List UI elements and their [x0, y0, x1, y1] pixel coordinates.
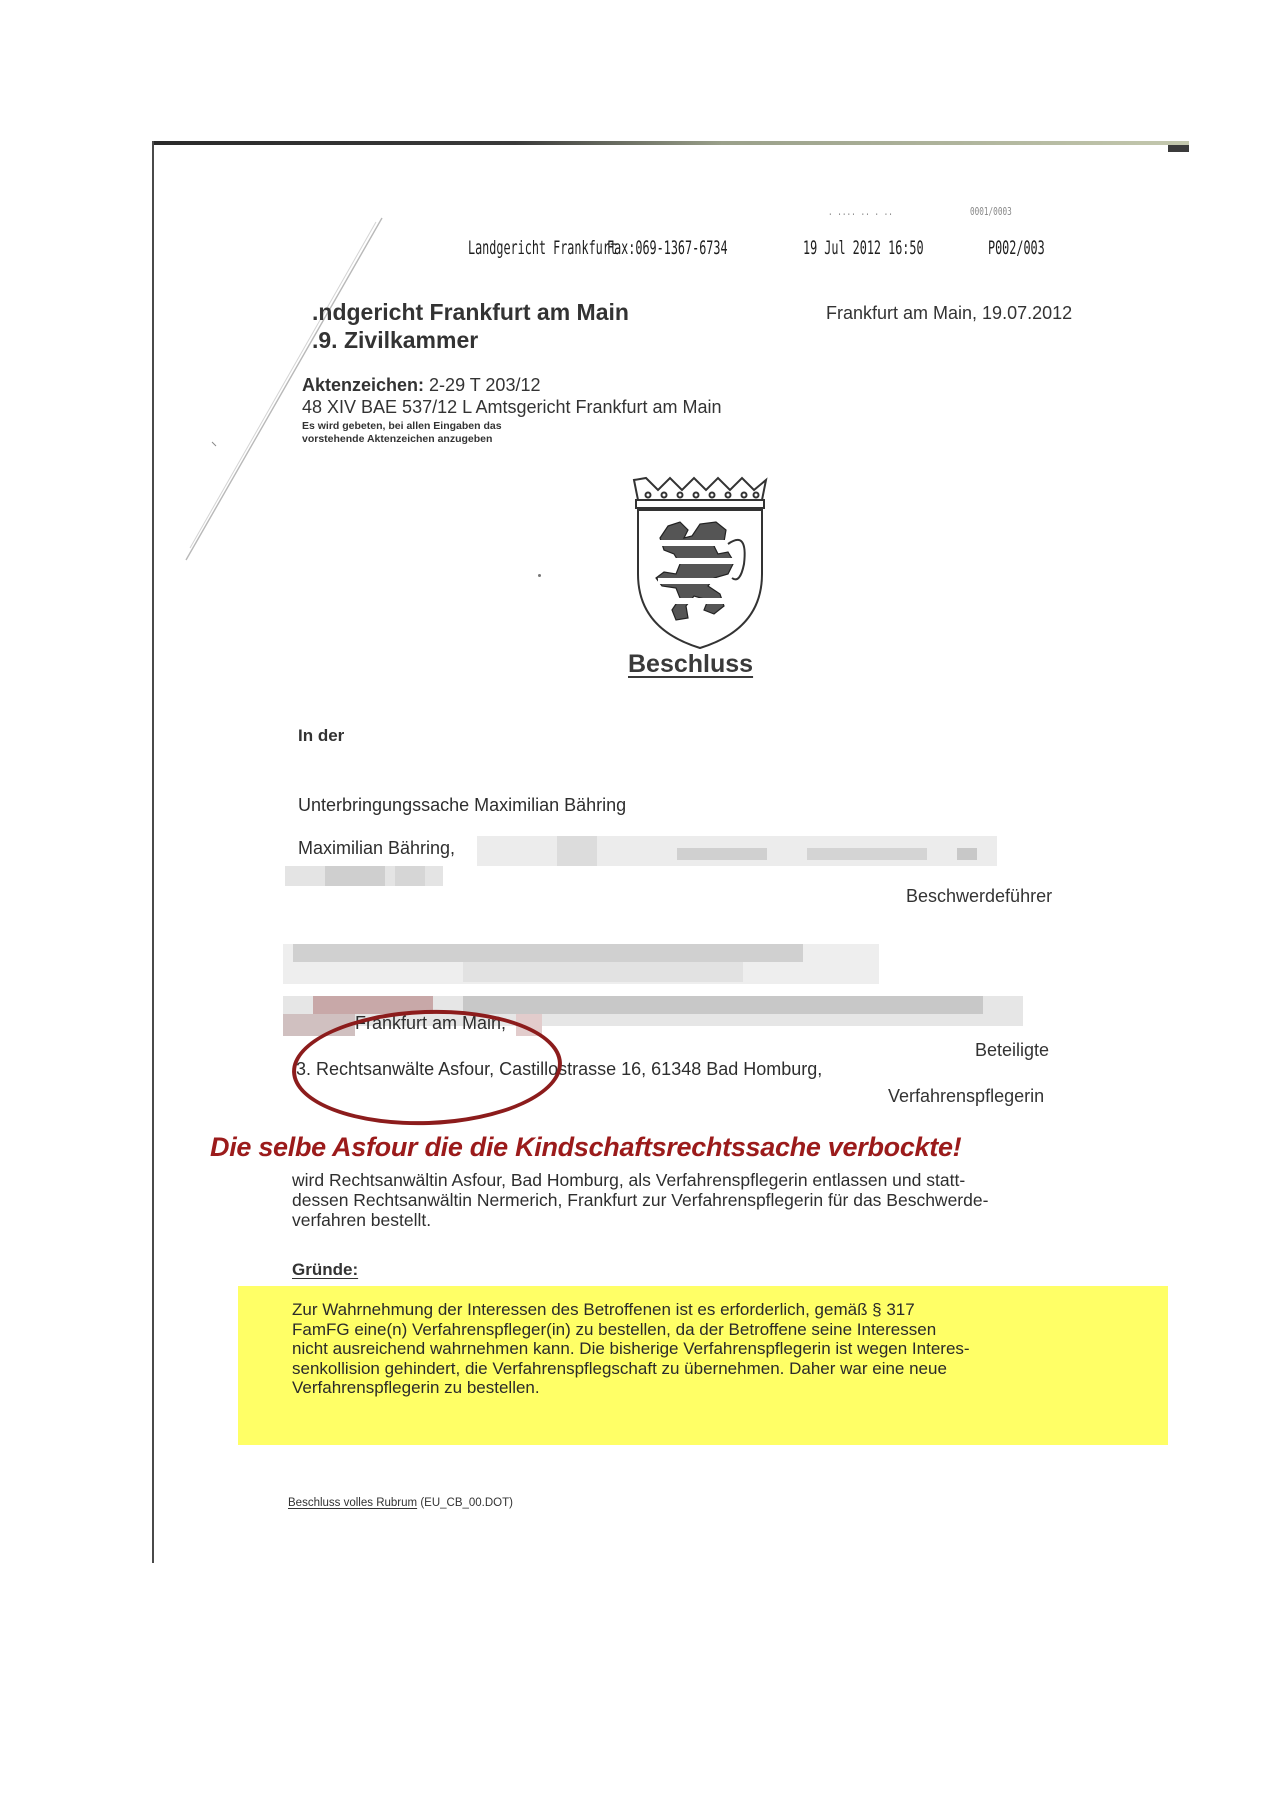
file-number-lower-court: 48 XIV BAE 537/12 L Amtsgericht Frankfur…	[302, 396, 722, 418]
page-corner-mark	[1168, 145, 1189, 152]
redaction-party2-line1	[283, 944, 879, 984]
page-left-border	[152, 141, 154, 1563]
redaction-party1-address	[477, 836, 997, 866]
court-chamber: .9. Zivilkammer	[312, 326, 629, 354]
court-name-line1: .ndgericht Frankfurt am Main	[312, 298, 629, 326]
intro-text: In der	[298, 726, 344, 746]
footer-template-name: Beschluss volles Rubrum	[288, 1497, 417, 1509]
file-number-block: Aktenzeichen: 2-29 T 203/12 48 XIV BAE 5…	[302, 374, 722, 418]
template-footer: Beschluss volles Rubrum (EU_CB_00.DOT)	[288, 1497, 513, 1509]
place-date: Frankfurt am Main, 19.07.2012	[826, 303, 1072, 324]
page-top-border	[152, 141, 1189, 145]
fax-page-number: P002/003	[988, 237, 1045, 259]
party3-role: Verfahrenspflegerin	[888, 1086, 1044, 1107]
party1-role: Beschwerdeführer	[906, 886, 1052, 907]
case-title: Unterbringungssache Maximilian Bähring	[298, 795, 626, 816]
court-name: .ndgericht Frankfurt am Main .9. Zivilka…	[312, 298, 629, 354]
party1-name: Maximilian Bähring,	[298, 838, 455, 859]
ruling-text: wird Rechtsanwältin Asfour, Bad Homburg,…	[292, 1170, 1092, 1230]
reasons-heading: Gründe:	[292, 1260, 358, 1280]
fax-number: Fax:069-1367-6734	[607, 237, 728, 259]
fax-timestamp: 19 Jul 2012 16:50	[803, 237, 924, 259]
file-number-note: Es wird gebeten, bei allen Eingaben das …	[302, 420, 502, 446]
annotation-headline: Die selbe Asfour die die Kindschaftsrech…	[210, 1132, 961, 1163]
redaction-party1-address-2	[285, 866, 443, 886]
party2-role: Beteiligte	[975, 1040, 1049, 1061]
file-number: 2-29 T 203/12	[429, 375, 540, 395]
reasons-text: Zur Wahrnehmung der Interessen des Betro…	[292, 1300, 1072, 1398]
fax-faint-page: 0001/0003	[970, 205, 1012, 218]
footer-template-code: (EU_CB_00.DOT)	[420, 1497, 513, 1509]
scan-scratch-line	[0, 0, 1280, 1811]
fax-sender: Landgericht Frankfurt	[468, 237, 617, 259]
scan-speck	[538, 574, 541, 577]
document-title: Beschluss	[628, 650, 753, 679]
fax-faint-timestamp: . .... .. . ..	[828, 205, 893, 218]
hesse-lion-coat-of-arms-icon	[628, 474, 772, 650]
file-number-label: Aktenzeichen:	[302, 375, 424, 395]
